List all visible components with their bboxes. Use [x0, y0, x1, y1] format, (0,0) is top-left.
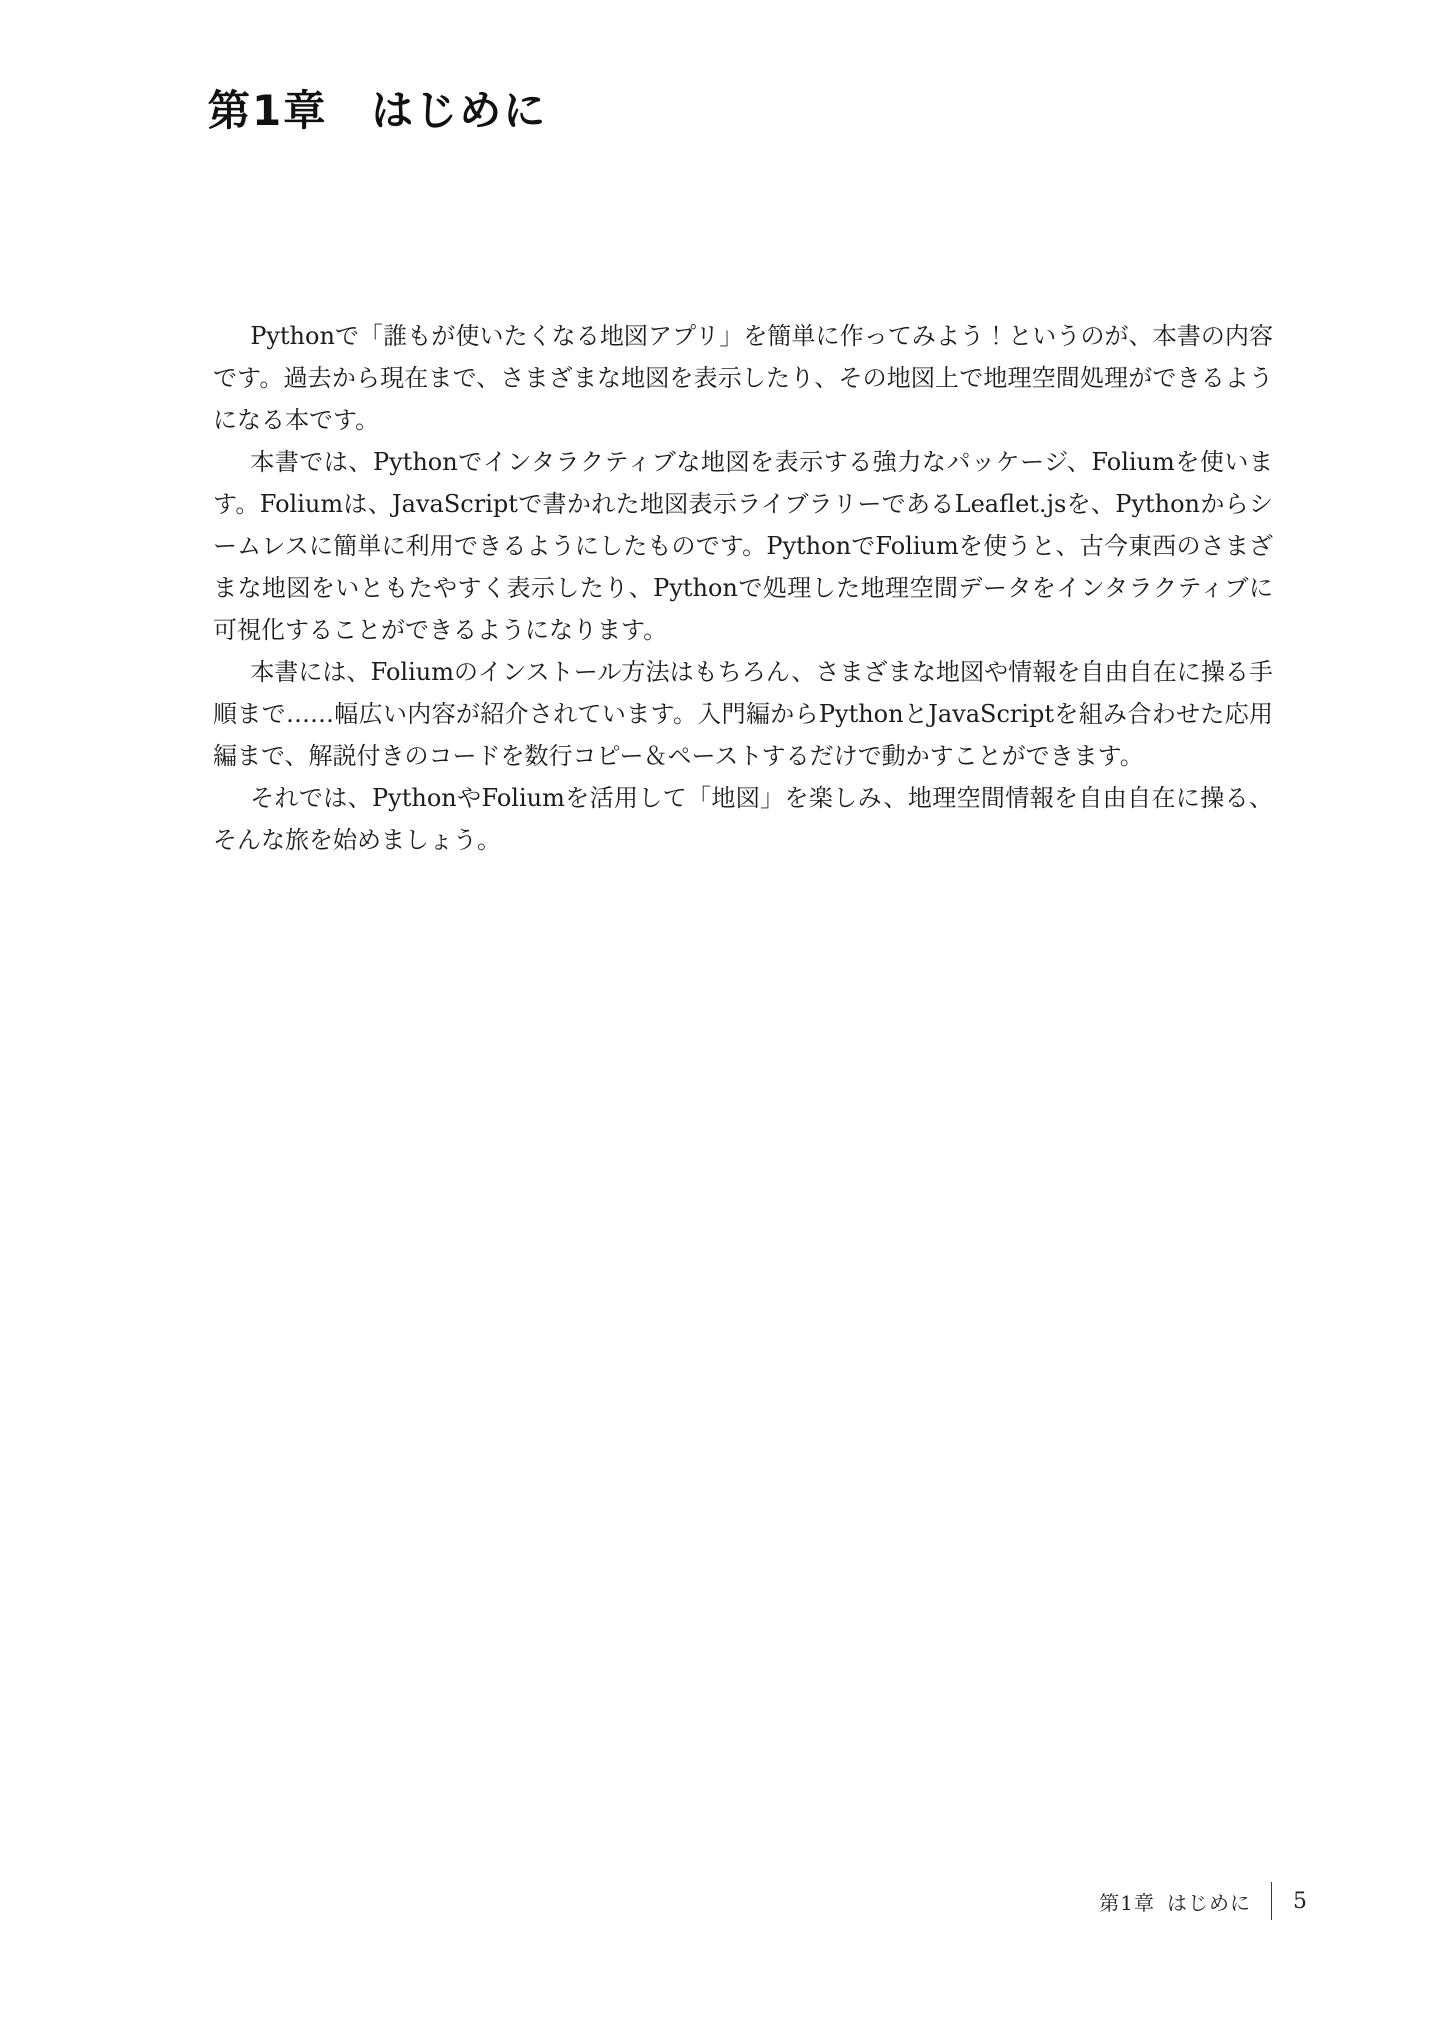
- book-page: 第1章はじめに Pythonで「誰もが使いたくなる地図アプリ」を簡単に作ってみよ…: [0, 0, 1433, 2024]
- chapter-number: 第1章: [208, 86, 327, 135]
- footer-chapter-title: はじめに: [1167, 1891, 1251, 1915]
- chapter-title: はじめに: [371, 86, 547, 135]
- footer-chapter-number: 第1章: [1099, 1891, 1155, 1915]
- chapter-heading: 第1章はじめに: [208, 78, 547, 138]
- footer-chapter-label: 第1章はじめに: [1099, 1887, 1251, 1916]
- paragraph-folium-overview: 本書では、Pythonでインタラクティブな地図を表示する強力なパッケージ、Fol…: [213, 441, 1273, 651]
- footer-divider-rule: [1271, 1882, 1272, 1920]
- page-footer: 第1章はじめに 5: [1099, 1882, 1308, 1920]
- paragraph-book-contents: 本書には、Foliumのインストール方法はもちろん、さまざまな地図や情報を自由自…: [213, 651, 1273, 777]
- page-number: 5: [1292, 1889, 1308, 1914]
- paragraph-closing: それでは、PythonやFoliumを活用して「地図」を楽しみ、地理空間情報を自…: [213, 777, 1273, 861]
- paragraph-intro: Pythonで「誰もが使いたくなる地図アプリ」を簡単に作ってみよう！というのが、…: [213, 315, 1273, 441]
- body-text: Pythonで「誰もが使いたくなる地図アプリ」を簡単に作ってみよう！というのが、…: [213, 315, 1273, 861]
